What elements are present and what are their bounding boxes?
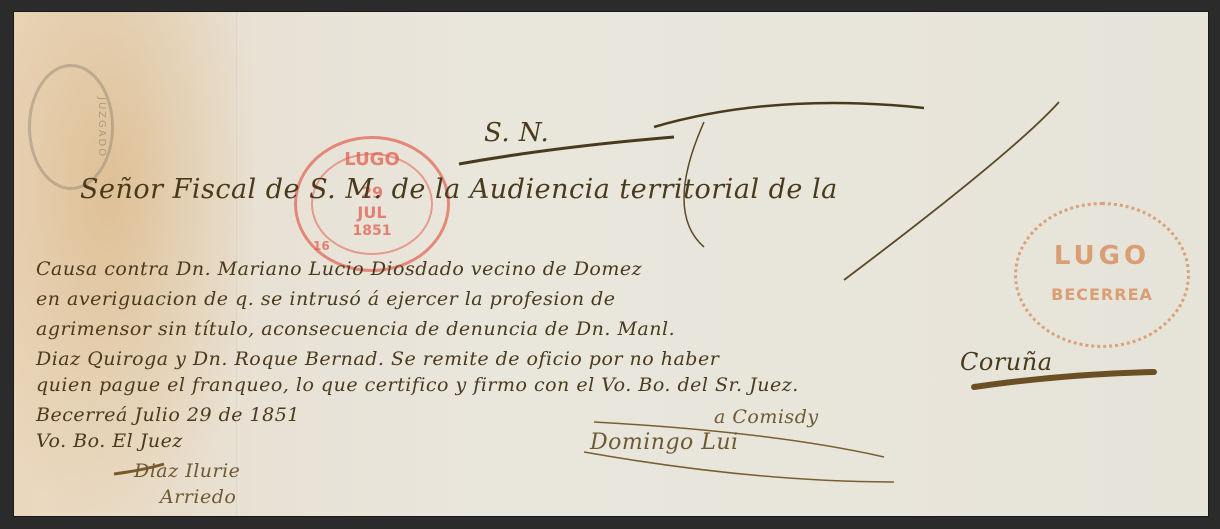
document-paper: JUZGADO LUGO 29 JUL 1851 16 LUGO BECERRE…	[14, 12, 1208, 516]
right-signature-top: a Comisdy	[714, 406, 819, 428]
body-line-1: Causa contra Dn. Mariano Lucio Diosdado …	[36, 258, 642, 280]
body-line-2: en averiguacion de q. se intrusó á ejerc…	[36, 288, 616, 310]
right-signature: Domingo Lui	[590, 430, 739, 455]
body-line-4: Diaz Quiroga y Dn. Roque Bernad. Se remi…	[36, 348, 719, 370]
service-mark: S. N.	[484, 118, 549, 148]
left-signature: Diaz Ilurie	[134, 460, 240, 482]
destination: Coruña	[960, 348, 1053, 376]
left-rubric: Arriedo	[160, 486, 236, 508]
body-line-3: agrimensor sin título, aconsecuencia de …	[36, 318, 675, 340]
address-line: Señor Fiscal de S. M. de la Audiencia te…	[80, 174, 838, 205]
approval-note: Vo. Bo. El Juez	[36, 430, 183, 452]
place-date: Becerreá Julio 29 de 1851	[36, 404, 300, 426]
body-line-5: quien pague el franqueo, lo que certific…	[36, 374, 799, 396]
